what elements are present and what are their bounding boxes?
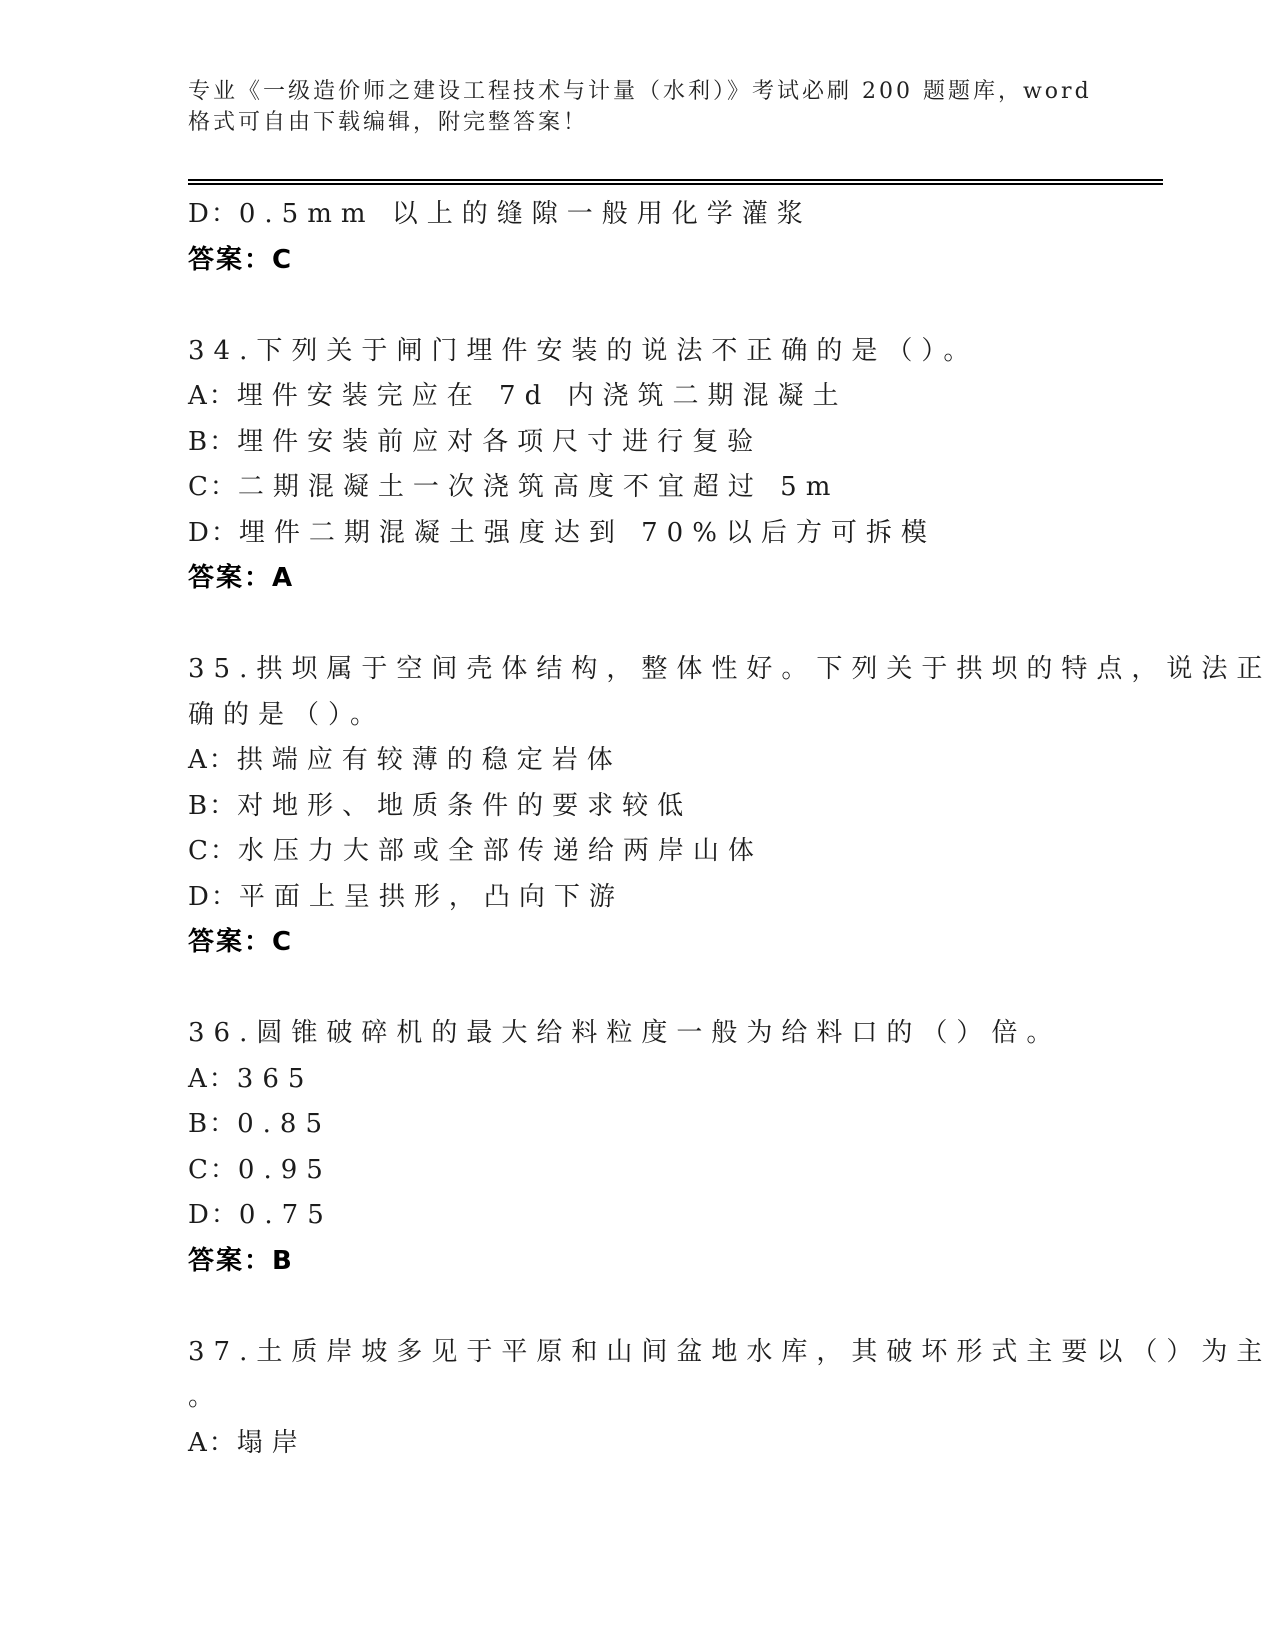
option-c: C：二期混凝土一次浇筑高度不宜超过 5m <box>188 465 1108 511</box>
spacer <box>188 966 1108 1012</box>
option-b: B：埋件安装前应对各项尺寸进行复验 <box>188 420 1108 466</box>
option-d: D：0.75 <box>188 1193 1108 1239</box>
option-c: C：0.95 <box>188 1148 1108 1194</box>
question-fragment: D：0.5mm 以上的缝隙一般用化学灌浆 答案：C <box>188 192 1108 283</box>
header-line-2: 格式可自由下载编辑，附完整答案！ <box>188 107 1068 138</box>
question-stem: 34.下列关于闸门埋件安装的说法不正确的是（）。 <box>188 329 1108 375</box>
option-d: D：0.5mm 以上的缝隙一般用化学灌浆 <box>188 192 1108 238</box>
spacer <box>188 1284 1108 1330</box>
answer-line: 答案：A <box>188 556 1108 602</box>
option-d: D：埋件二期混凝土强度达到 70%以后方可拆模 <box>188 511 1108 557</box>
option-d: D：平面上呈拱形，凸向下游 <box>188 875 1108 921</box>
option-a: A：塌岸 <box>188 1421 1108 1467</box>
document-body: D：0.5mm 以上的缝隙一般用化学灌浆 答案：C 34.下列关于闸门埋件安装的… <box>188 192 1108 1466</box>
option-a: A：埋件安装完应在 7d 内浇筑二期混凝土 <box>188 374 1108 420</box>
question-stem: 35.拱坝属于空间壳体结构，整体性好。下列关于拱坝的特点，说法正 <box>188 647 1108 693</box>
option-a: A：拱端应有较薄的稳定岩体 <box>188 738 1108 784</box>
option-a: A：365 <box>188 1057 1108 1103</box>
option-c: C：水压力大部或全部传递给两岸山体 <box>188 829 1108 875</box>
question-stem-continued: 确的是（）。 <box>188 693 1108 739</box>
answer-line: 答案：C <box>188 920 1108 966</box>
question-34: 34.下列关于闸门埋件安装的说法不正确的是（）。 A：埋件安装完应在 7d 内浇… <box>188 329 1108 602</box>
spacer <box>188 602 1108 648</box>
question-stem: 36.圆锥破碎机的最大给料粒度一般为给料口的（）倍。 <box>188 1011 1108 1057</box>
document-header: 专业《一级造价师之建设工程技术与计量（水利）》考试必刷 200 题题库，word… <box>188 76 1068 138</box>
option-b: B：对地形、地质条件的要求较低 <box>188 784 1108 830</box>
header-line-1: 专业《一级造价师之建设工程技术与计量（水利）》考试必刷 200 题题库，word <box>188 76 1068 107</box>
answer-line: 答案：B <box>188 1239 1108 1285</box>
question-stem: 37.土质岸坡多见于平原和山间盆地水库，其破坏形式主要以（）为主 <box>188 1330 1108 1376</box>
header-double-rule <box>188 179 1163 185</box>
option-b: B：0.85 <box>188 1102 1108 1148</box>
answer-line: 答案：C <box>188 238 1108 284</box>
spacer <box>188 283 1108 329</box>
question-stem-continued: 。 <box>188 1375 1108 1421</box>
question-35: 35.拱坝属于空间壳体结构，整体性好。下列关于拱坝的特点，说法正 确的是（）。 … <box>188 647 1108 966</box>
question-37: 37.土质岸坡多见于平原和山间盆地水库，其破坏形式主要以（）为主 。 A：塌岸 <box>188 1330 1108 1467</box>
question-36: 36.圆锥破碎机的最大给料粒度一般为给料口的（）倍。 A：365 B：0.85 … <box>188 1011 1108 1284</box>
